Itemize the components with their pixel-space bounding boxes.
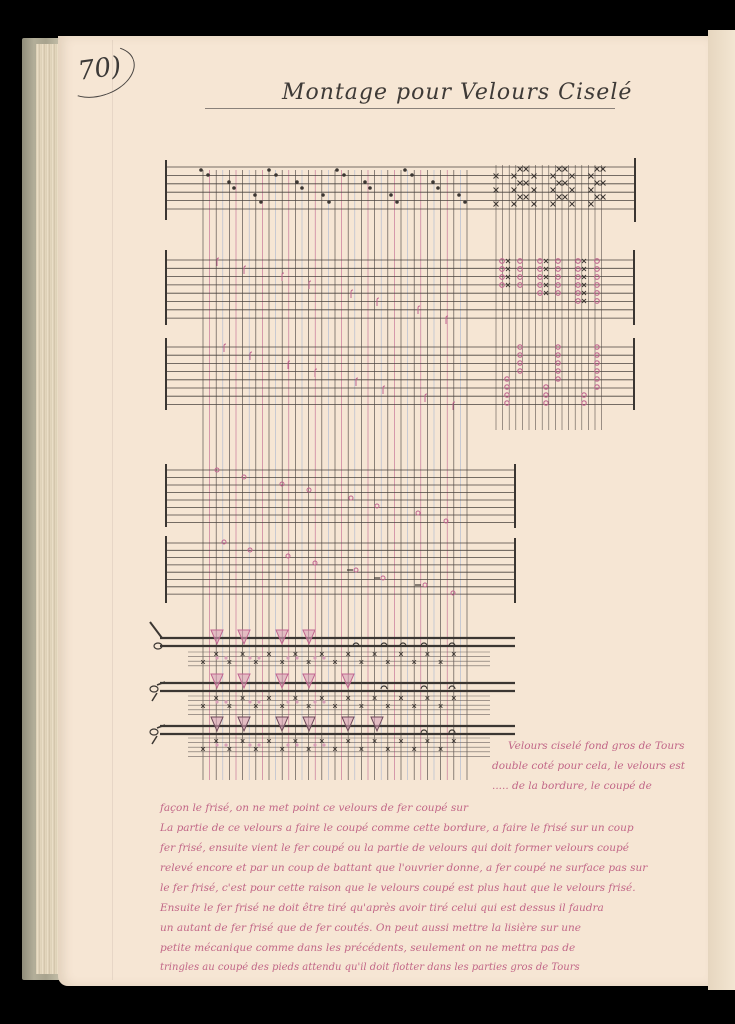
- body-note-line-5: le fer frisé, c'est pour cette raison qu…: [160, 878, 636, 899]
- side-note-line-1: Velours ciselé fond gros de Tours: [508, 736, 685, 757]
- body-note-line-3: fer frisé, ensuite vient le fer coupé ou…: [160, 838, 629, 859]
- body-note-line-9: tringles au coupé des pieds attendu qu'i…: [160, 958, 580, 979]
- body-note-line-1: façon le frisé, on ne met point ce velou…: [160, 798, 468, 819]
- body-note-line-4: relevé encore et par un coup de battant …: [160, 858, 647, 879]
- body-note-line-7: un autant de fer frisé que de fer coutés…: [160, 918, 581, 939]
- body-note-line-8: petite mécanique comme dans les précéden…: [160, 938, 575, 959]
- side-note-line-2: double coté pour cela, le velours est: [492, 756, 685, 777]
- body-note-line-2: La partie de ce velours a faire le coupé…: [160, 818, 634, 839]
- body-note-line-6: Ensuite le fer frisé ne doit être tiré q…: [160, 898, 604, 919]
- side-note-line-3: ..... de la bordure, le coupé de: [492, 776, 652, 797]
